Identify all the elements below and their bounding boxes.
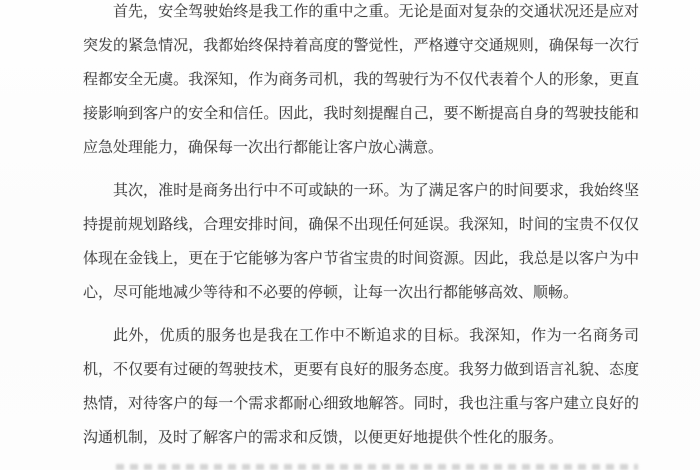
- document-page: 首先，安全驾驶始终是我工作的重中之重。无论是面对复杂的交通状况还是应对突发的紧急…: [0, 0, 700, 470]
- paragraph-safe-driving: 首先，安全驾驶始终是我工作的重中之重。无论是面对复杂的交通状况还是应对突发的紧急…: [83, 0, 639, 165]
- document-text-block: 首先，安全驾驶始终是我工作的重中之重。无论是面对复杂的交通状况还是应对突发的紧急…: [83, 0, 639, 464]
- paragraph-quality-service: 此外，优质的服务也是我在工作中不断追求的目标。我深知，作为一名商务司机，不仅要有…: [83, 319, 639, 455]
- faint-cutoff-next-line: [116, 464, 638, 470]
- paragraph-punctuality: 其次，准时是商务出行中不可或缺的一环。为了满足客户的时间要求，我始终坚持提前规划…: [83, 174, 639, 310]
